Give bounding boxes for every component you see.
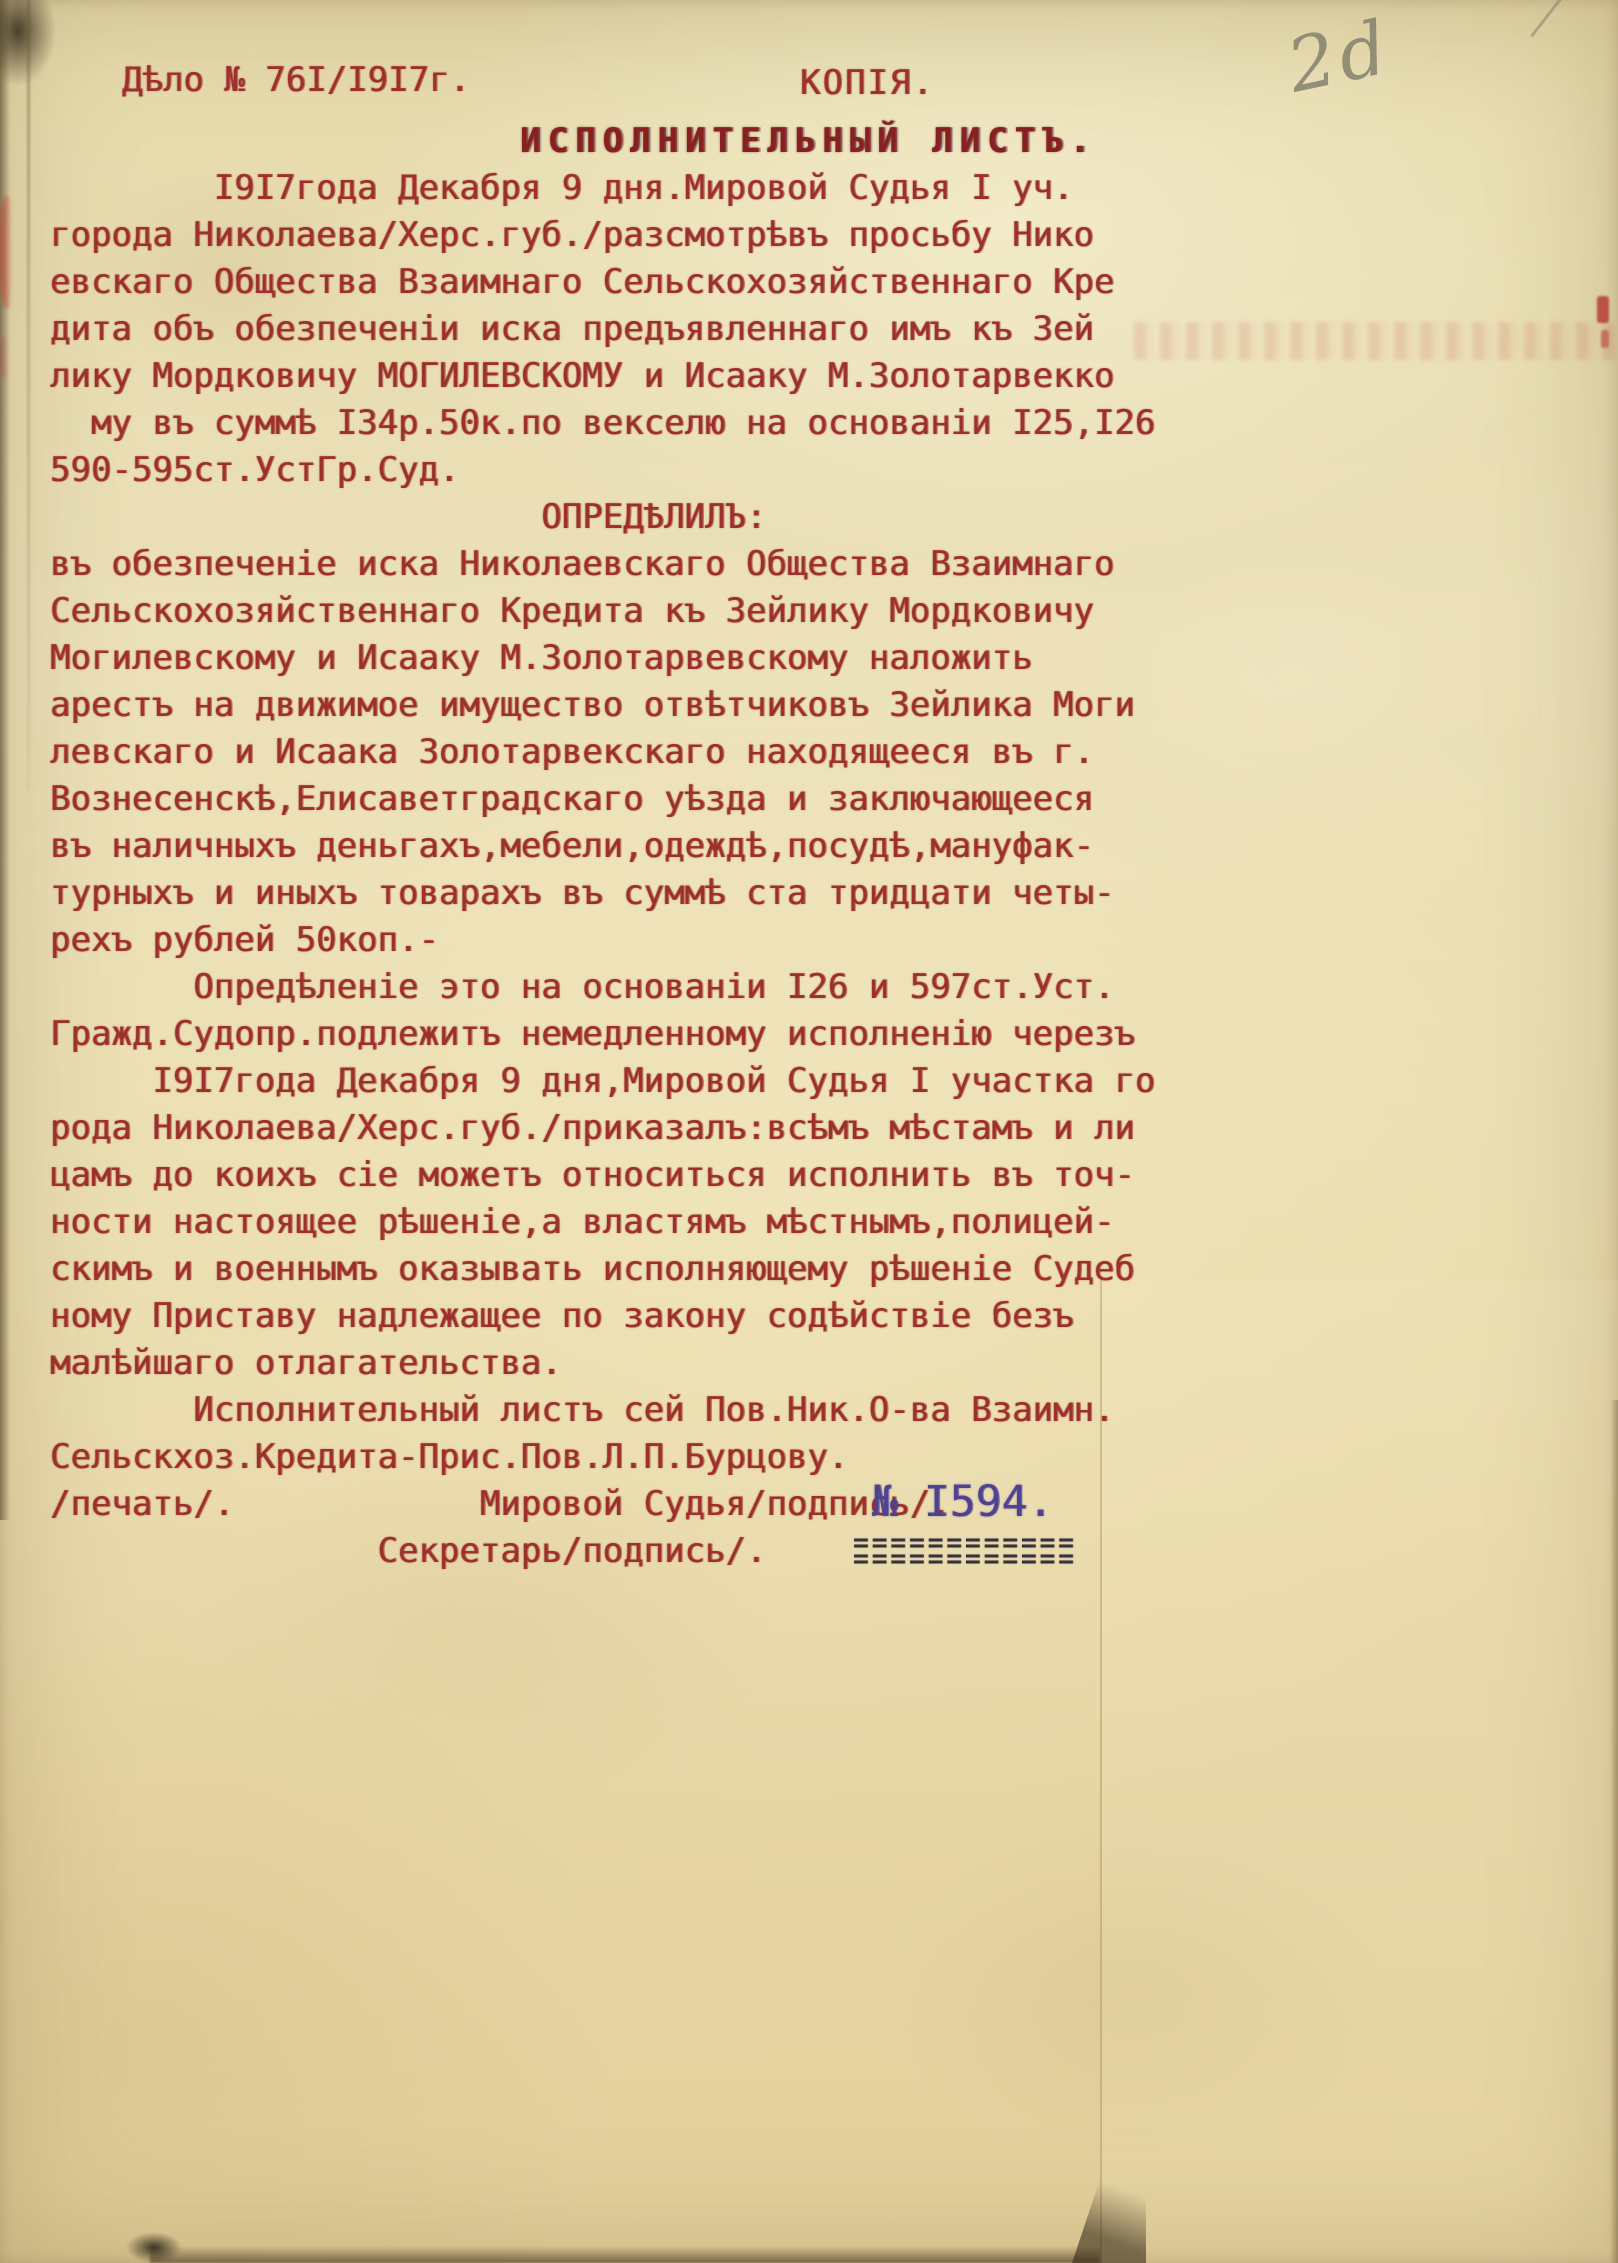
dark-corner-bottom-right xyxy=(1072,2148,1146,2263)
document-line: I9I7года Декабря 9 дня.Мировой Судья I у… xyxy=(50,165,1210,212)
copy-label: КОПІЯ. xyxy=(800,63,935,103)
document-line: I9I7года Декабря 9 дня,Мировой Судья I у… xyxy=(50,1058,1210,1105)
document-body: ИСПОЛНИТЕЛЬНЫЙ ЛИСТЪ. I9I7года Декабря 9… xyxy=(50,118,1210,1575)
document-line: ОПРЕДѢЛИЛЪ: xyxy=(50,494,1210,541)
fold-crease xyxy=(27,0,30,790)
document-line: малѣйшаго отлагательства. xyxy=(50,1340,1210,1387)
document-line: Опредѣленіе это на основаніи I26 и 597ст… xyxy=(50,964,1210,1011)
document-line: рода Николаева/Херс.губ./приказалъ:всѣмъ… xyxy=(50,1105,1210,1152)
document-line: цамъ до коихъ сіе можетъ относиться испо… xyxy=(50,1152,1210,1199)
bottom-page-edge xyxy=(150,2246,1100,2263)
document-line: Вознесенскѣ,Елисаветградскаго уѣзда и за… xyxy=(50,776,1210,823)
case-number: Дѣло № 76I/I9I7г. xyxy=(122,60,470,100)
document-line: Могилевскому и Исааку М.Золотарвевскому … xyxy=(50,635,1210,682)
red-stain-left xyxy=(0,196,13,308)
document-page: Дѣло № 76I/I9I7г. КОПІЯ. 2d ИСПОЛНИТЕЛЬН… xyxy=(0,0,1618,2263)
document-line: дита объ обезпеченіи иска предъявленнаго… xyxy=(50,306,1210,353)
document-line: арестъ на движимое имущество отвѣтчиковъ… xyxy=(50,682,1210,729)
document-line: ному Приставу надлежащее по закону содѣй… xyxy=(50,1293,1210,1340)
document-line: Сельскхоз.Кредита-Прис.Пов.Л.П.Бурцову. xyxy=(50,1434,1210,1481)
document-line: 590-595ст.УстГр.Суд. xyxy=(50,447,1210,494)
document-line: ности настоящее рѣшеніе,а властямъ мѣстн… xyxy=(50,1199,1210,1246)
document-line: Гражд.Судопр.подлежитъ немедленному испо… xyxy=(50,1011,1210,1058)
document-line: рехъ рублей 50коп.- xyxy=(50,917,1210,964)
document-line: Сельскохозяйственнаго Кредита къ Зейлику… xyxy=(50,588,1210,635)
document-line: евскаго Общества Взаимнаго Сельскохозяйс… xyxy=(50,259,1210,306)
document-line: въ наличныхъ деньгахъ,мебели,одеждѣ,посу… xyxy=(50,823,1210,870)
document-lines: I9I7года Декабря 9 дня.Мировой Судья I у… xyxy=(50,165,1210,1575)
number-underline-2: ============ xyxy=(853,1544,1113,1574)
document-line: лику Мордковичу МОГИЛЕВСКОМУ и Исааку М.… xyxy=(50,353,1210,400)
document-line: скимъ и военнымъ оказывать исполняющему … xyxy=(50,1246,1210,1293)
document-line: въ обезпеченіе иска Николаевскаго Общест… xyxy=(50,541,1210,588)
document-line: турныхъ и иныхъ товарахъ въ суммѣ ста тр… xyxy=(50,870,1210,917)
document-line: Исполнительный листъ сей Пов.Ник.О-ва Вз… xyxy=(50,1387,1210,1434)
document-number: № I594. xyxy=(872,1477,1053,1527)
document-line: левскаго и Исаака Золотарвекскаго находя… xyxy=(50,729,1210,776)
dark-mark-bottom-left xyxy=(126,2232,182,2263)
document-line: му въ суммѣ I34р.50к.по векселю на основ… xyxy=(50,400,1210,447)
right-edge-shadow xyxy=(1610,1400,1618,2263)
red-stain-left-small xyxy=(0,336,8,380)
document-line: города Николаева/Херс.губ./разсмотрѣвъ п… xyxy=(50,212,1210,259)
red-mark-right xyxy=(1597,296,1609,323)
pencil-tick-top-right xyxy=(1530,0,1563,38)
handwritten-note: 2d xyxy=(1280,4,1398,109)
document-title: ИСПОЛНИТЕЛЬНЫЙ ЛИСТЪ. xyxy=(520,118,1210,165)
